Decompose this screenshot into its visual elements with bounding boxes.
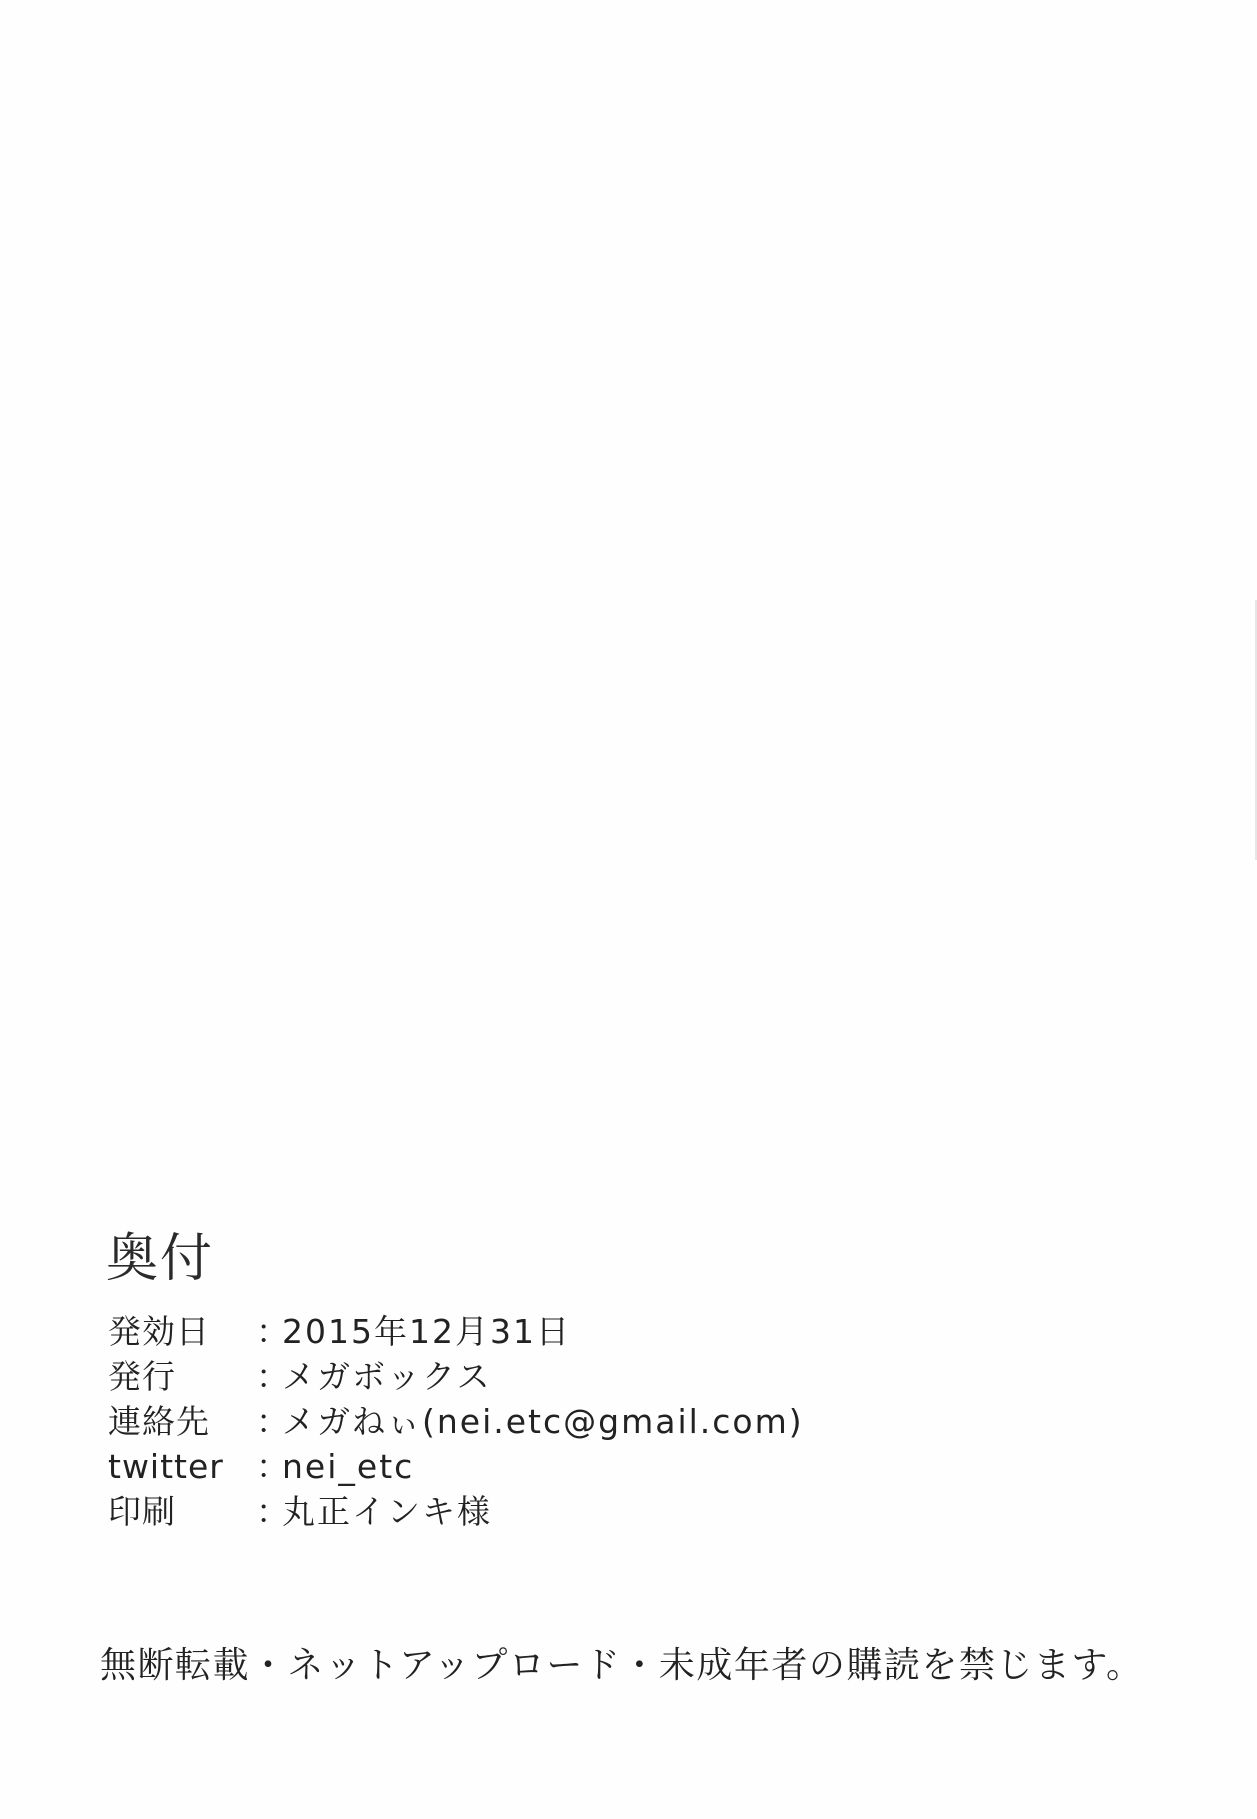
info-label: 発効日 [108, 1309, 256, 1354]
info-row-contact: 連絡先 ： メガねぃ(nei.etc@gmail.com) [108, 1399, 804, 1444]
info-separator: ： [256, 1309, 282, 1354]
info-value: メガボックス [282, 1354, 492, 1399]
info-label: 印刷 [108, 1489, 256, 1534]
colophon-title: 奥付 [106, 1227, 214, 1291]
info-row-twitter: twitter ： nei_etc [108, 1444, 804, 1489]
info-row-printer: 印刷 ： 丸正インキ様 [108, 1489, 804, 1534]
info-row-publisher: 発行 ： メガボックス [108, 1354, 804, 1399]
info-separator: ： [256, 1399, 282, 1444]
info-label: 発行 [108, 1354, 256, 1399]
copyright-notice: 無断転載・ネットアップロード・未成年者の購読を禁じます。 [100, 1640, 1144, 1692]
info-value: 丸正インキ様 [282, 1489, 492, 1534]
info-separator: ： [256, 1354, 282, 1399]
info-separator: ： [256, 1444, 282, 1489]
colophon-info-list: 発効日 ： 2015年12月31日 発行 ： メガボックス 連絡先 ： メガねぃ… [108, 1309, 804, 1534]
info-row-issue-date: 発効日 ： 2015年12月31日 [108, 1309, 804, 1354]
info-label: twitter [108, 1444, 256, 1489]
info-separator: ： [256, 1489, 282, 1534]
info-label: 連絡先 [108, 1399, 256, 1444]
info-value: nei_etc [282, 1444, 414, 1489]
info-value: 2015年12月31日 [282, 1309, 571, 1354]
info-value: メガねぃ(nei.etc@gmail.com) [282, 1399, 804, 1444]
document-page: 奥付 発効日 ： 2015年12月31日 発行 ： メガボックス 連絡先 ： メ… [0, 0, 1257, 1819]
